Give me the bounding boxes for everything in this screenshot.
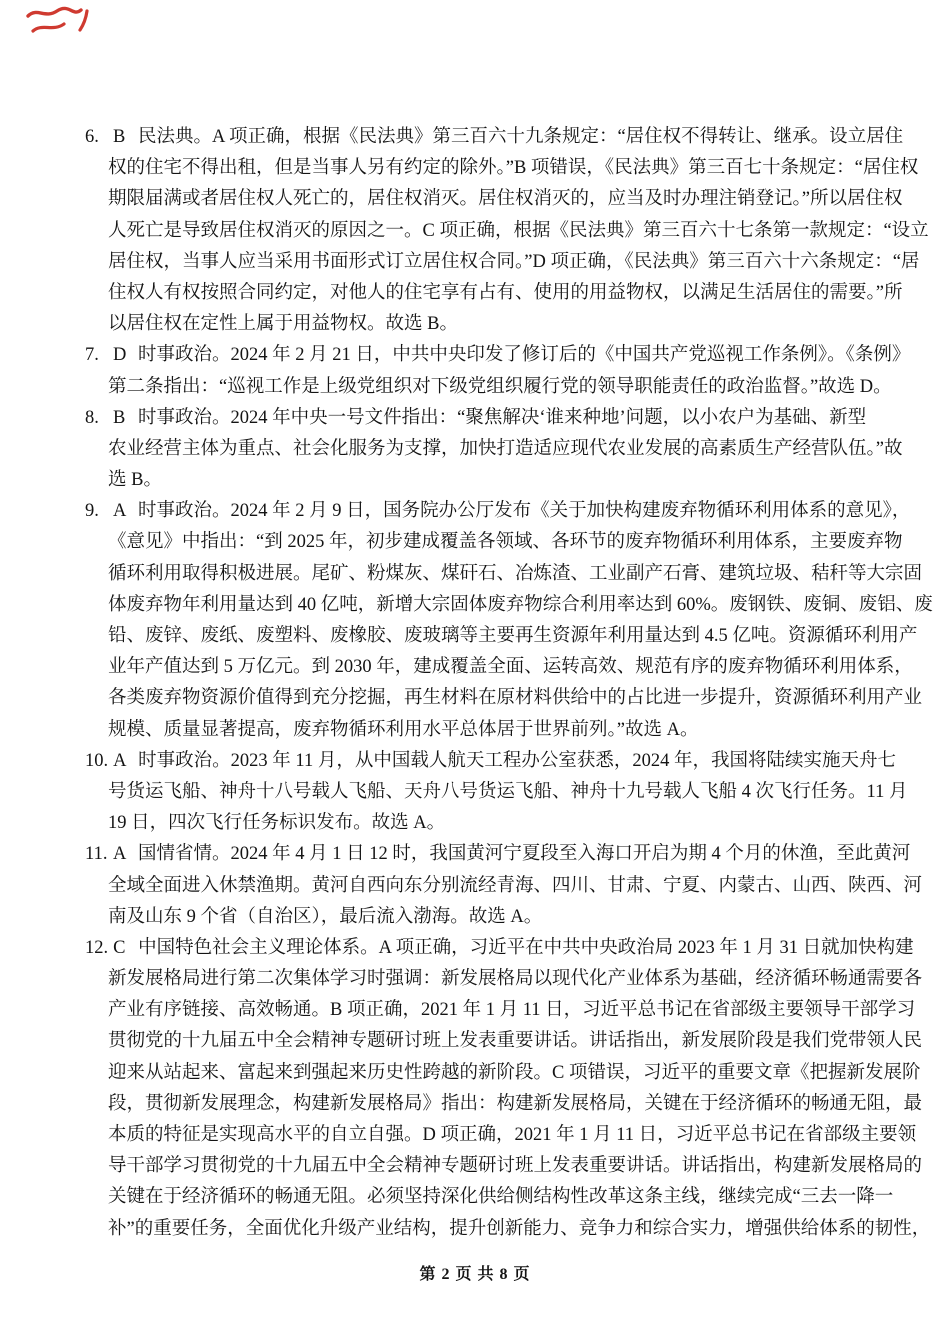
explanation-line: 时事政治。2024 年 2 月 9 日，国务院办公厅发布《关于加快构建废弃物循环… xyxy=(138,496,866,527)
explanation-line: 人死亡是导致居住权消灭的原因之一。C 项正确，根据《民法典》第三百六十七条第一款… xyxy=(108,216,866,247)
answer-first-line: 11.A国情省情。2024 年 4 月 1 日 12 时，我国黄河宁夏段至入海口… xyxy=(85,839,866,870)
answer-item-8: 8.B时事政治。2024 年中央一号文件指出：“聚焦解决‘谁来种地’问题，以小农… xyxy=(85,403,866,497)
answer-letter: B xyxy=(108,122,138,153)
answer-item-10: 10.A时事政治。2023 年 11 月，从中国载人航天工程办公室获悉，2024… xyxy=(85,746,866,840)
explanation-line: 规模、质量显著提高，废弃物循环利用水平总体居于世界前列。”故选 A。 xyxy=(108,715,866,746)
explanation-line: 居住权，当事人应当采用书面形式订立居住权合同。”D 项正确，《民法典》第三百六十… xyxy=(108,247,866,278)
explanation-line: 时事政治。2024 年 2 月 21 日，中共中央印发了修订后的《中国共产党巡视… xyxy=(138,340,866,371)
explanation-line: 本质的特征是实现高水平的自立自强。D 项正确，2021 年 1 月 11 日，习… xyxy=(108,1120,866,1151)
explanation-line: 19 日，四次飞行任务标识发布。故选 A。 xyxy=(108,808,866,839)
explanation-line: 产业有序链接、高效畅通。B 项正确，2021 年 1 月 11 日，习近平总书记… xyxy=(108,995,866,1026)
answer-letter: A xyxy=(108,496,138,527)
answer-letter: A xyxy=(108,746,138,777)
question-number: 11. xyxy=(85,839,108,870)
answer-first-line: 8.B时事政治。2024 年中央一号文件指出：“聚焦解决‘谁来种地’问题，以小农… xyxy=(85,403,866,434)
explanation-line: 期限届满或者居住权人死亡的，居住权消灭。居住权消灭的，应当及时办理注销登记。”所… xyxy=(108,184,866,215)
answer-key-page: 6.B民法典。A 项正确，根据《民法典》第三百六十九条规定：“居住权不得转让、继… xyxy=(0,0,950,1344)
answer-first-line: 9.A时事政治。2024 年 2 月 9 日，国务院办公厅发布《关于加快构建废弃… xyxy=(85,496,866,527)
explanation-line: 补”的重要任务，全面优化升级产业结构，提升创新能力、竞争力和综合实力，增强供给体… xyxy=(108,1214,866,1245)
explanation-line: 权的住宅不得出租，但是当事人另有约定的除外。”B 项错误，《民法典》第三百七十条… xyxy=(108,153,866,184)
explanation-line: 以居住权在定性上属于用益物权。故选 B。 xyxy=(108,309,866,340)
explanation-line: 段，贯彻新发展理念，构建新发展格局》指出：构建新发展格局，关键在于经济循环的畅通… xyxy=(108,1089,866,1120)
question-number: 7. xyxy=(85,340,108,371)
answer-letter: A xyxy=(108,839,138,870)
answer-item-11: 11.A国情省情。2024 年 4 月 1 日 12 时，我国黄河宁夏段至入海口… xyxy=(85,839,866,933)
explanation-line: 民法典。A 项正确，根据《民法典》第三百六十九条规定：“居住权不得转让、继承。设… xyxy=(138,122,866,153)
red-pen-mark-icon xyxy=(24,4,96,36)
answer-item-7: 7.D时事政治。2024 年 2 月 21 日，中共中央印发了修订后的《中国共产… xyxy=(85,340,866,402)
explanation-line: 关键在于经济循环的畅通无阻。必须坚持深化供给侧结构性改革这条主线，继续完成“三去… xyxy=(108,1182,866,1213)
explanation-line: 时事政治。2023 年 11 月，从中国载人航天工程办公室获悉，2024 年，我… xyxy=(138,746,866,777)
explanation-line: 全域全面进入休禁渔期。黄河自西向东分别流经青海、四川、甘肃、宁夏、内蒙古、山西、… xyxy=(108,871,866,902)
answer-letter: B xyxy=(108,403,138,434)
explanation-line: 第二条指出：“巡视工作是上级党组织对下级党组织履行党的领导职能责任的政治监督。”… xyxy=(108,372,866,403)
explanation-line: 农业经营主体为重点、社会化服务为支撑，加快打造适应现代农业发展的高素质生产经营队… xyxy=(108,434,866,465)
page-footer: 第 2 页 共 8 页 xyxy=(0,1261,950,1284)
explanation-line: 《意见》中指出：“到 2025 年，初步建成覆盖各领域、各环节的废弃物循环利用体… xyxy=(108,527,866,558)
answer-item-12: 12.C中国特色社会主义理论体系。A 项正确，习近平在中共中央政治局 2023 … xyxy=(85,933,866,1245)
answer-explanations: 6.B民法典。A 项正确，根据《民法典》第三百六十九条规定：“居住权不得转让、继… xyxy=(85,122,866,1245)
answer-first-line: 7.D时事政治。2024 年 2 月 21 日，中共中央印发了修订后的《中国共产… xyxy=(85,340,866,371)
explanation-line: 导干部学习贯彻党的十九届五中全会精神专题研讨班上发表重要讲话。讲话指出，构建新发… xyxy=(108,1151,866,1182)
explanation-line: 各类废弃物资源价值得到充分挖掘，再生材料在原材料供给中的占比进一步提升，资源循环… xyxy=(108,683,866,714)
answer-item-6: 6.B民法典。A 项正确，根据《民法典》第三百六十九条规定：“居住权不得转让、继… xyxy=(85,122,866,340)
explanation-line: 国情省情。2024 年 4 月 1 日 12 时，我国黄河宁夏段至入海口开启为期… xyxy=(138,839,866,870)
explanation-line: 新发展格局进行第二次集体学习时强调：新发展格局以现代化产业体系为基础，经济循环畅… xyxy=(108,964,866,995)
answer-first-line: 10.A时事政治。2023 年 11 月，从中国载人航天工程办公室获悉，2024… xyxy=(85,746,866,777)
explanation-line: 号货运飞船、神舟十八号载人飞船、天舟八号货运飞船、神舟十九号载人飞船 4 次飞行… xyxy=(108,777,866,808)
question-number: 10. xyxy=(85,746,108,777)
answer-letter: C xyxy=(108,933,138,964)
question-number: 12. xyxy=(85,933,108,964)
explanation-line: 铅、废锌、废纸、废塑料、废橡胶、废玻璃等主要再生资源年利用量达到 4.5 亿吨。… xyxy=(108,621,866,652)
explanation-line: 循环利用取得积极进展。尾矿、粉煤灰、煤矸石、冶炼渣、工业副产石膏、建筑垃圾、秸秆… xyxy=(108,559,866,590)
explanation-line: 时事政治。2024 年中央一号文件指出：“聚焦解决‘谁来种地’问题，以小农户为基… xyxy=(138,403,866,434)
explanation-line: 住权人有权按照合同约定，对他人的住宅享有占有、使用的用益物权，以满足生活居住的需… xyxy=(108,278,866,309)
question-number: 9. xyxy=(85,496,108,527)
answer-first-line: 12.C中国特色社会主义理论体系。A 项正确，习近平在中共中央政治局 2023 … xyxy=(85,933,866,964)
answer-item-9: 9.A时事政治。2024 年 2 月 9 日，国务院办公厅发布《关于加快构建废弃… xyxy=(85,496,866,746)
question-number: 8. xyxy=(85,403,108,434)
explanation-line: 贯彻党的十九届五中全会精神专题研讨班上发表重要讲话。讲话指出，新发展阶段是我们党… xyxy=(108,1026,866,1057)
page-number-text: 第 2 页 共 8 页 xyxy=(419,1266,530,1283)
explanation-line: 体废弃物年利用量达到 40 亿吨，新增大宗固体废弃物综合利用率达到 60%。废钢… xyxy=(108,590,866,621)
explanation-line: 南及山东 9 个省（自治区），最后流入渤海。故选 A。 xyxy=(108,902,866,933)
answer-letter: D xyxy=(108,340,138,371)
question-number: 6. xyxy=(85,122,108,153)
answer-first-line: 6.B民法典。A 项正确，根据《民法典》第三百六十九条规定：“居住权不得转让、继… xyxy=(85,122,866,153)
explanation-line: 业年产值达到 5 万亿元。到 2030 年，建成覆盖全面、运转高效、规范有序的废… xyxy=(108,652,866,683)
explanation-line: 中国特色社会主义理论体系。A 项正确，习近平在中共中央政治局 2023 年 1 … xyxy=(138,933,866,964)
explanation-line: 选 B。 xyxy=(108,465,866,496)
explanation-line: 迎来从站起来、富起来到强起来历史性跨越的新阶段。C 项错误，习近平的重要文章《把… xyxy=(108,1058,866,1089)
